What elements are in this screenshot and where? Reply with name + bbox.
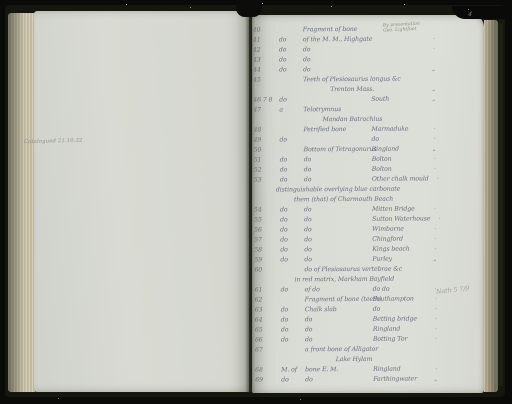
entry-col-a: do (281, 315, 305, 325)
entry-number: 53 (254, 175, 280, 185)
entry-col-b: do (305, 315, 373, 325)
entry-mark: · (426, 154, 436, 164)
entry-number: 40 (253, 25, 279, 35)
entry-number: 69 (255, 375, 281, 385)
register-row: 46 7 8doSouth„ (253, 94, 435, 105)
entry-mark: · (426, 234, 436, 244)
entry-col-a: do (280, 205, 304, 215)
entry-col-b: Fragment of bone (teeth) (305, 295, 373, 305)
entry-col-b: do (304, 175, 372, 185)
entry-col-b: Fragment of bone (303, 25, 371, 35)
entry-col-c: Marmaduke (371, 124, 425, 134)
entry-mark: · (427, 294, 437, 304)
entry-col-b: do (303, 65, 371, 75)
entry-mark: · (426, 134, 436, 144)
entry-col-c: Bolton (372, 164, 426, 174)
entry-mark: „ (426, 254, 436, 264)
entry-mark: „ (426, 144, 436, 154)
entry-mark: „ (425, 94, 435, 104)
entry-col-c: do do (373, 284, 427, 294)
entry-col-b: of the M. M., Highgate (303, 35, 371, 45)
entry-col-b: do (304, 155, 372, 165)
entry-number: 41 (253, 35, 279, 45)
entry-mark: · (427, 334, 437, 344)
book-cover-edge (498, 24, 503, 386)
entry-col-a: do (281, 335, 305, 345)
entry-col-a: do (279, 55, 303, 65)
entry-col-a: do (280, 215, 304, 225)
entry-number: 48 (253, 125, 279, 135)
left-blank-page (34, 11, 249, 392)
entry-col-a: do (280, 175, 304, 185)
entry-col-b: do (304, 165, 372, 175)
entry-col-a: do (280, 135, 304, 145)
entry-number: 58 (254, 245, 280, 255)
register-photograph: Catalogued 21.10.32 40Fragment of bone41… (0, 0, 512, 404)
entry-col-b: bone E. M. (305, 365, 373, 375)
entry-mark: · (427, 314, 437, 324)
entry-col-b: a front bone of Alligator (305, 345, 373, 355)
entry-col-c: Ringland (372, 144, 426, 154)
entry-mark: · (427, 364, 437, 374)
entry-col-a: do (280, 155, 304, 165)
entry-number: 55 (254, 215, 280, 225)
entry-col-a: do (281, 305, 305, 315)
page-number-pencil: 4 (468, 12, 473, 19)
entry-mark: · (426, 224, 436, 234)
entry-col-a: do (281, 375, 305, 385)
entry-col-b: do (304, 235, 372, 245)
register-row: 69dodoFarthingwater„ (255, 374, 437, 385)
entry-col-a: do (280, 235, 304, 245)
entry-col-a: do (281, 285, 305, 295)
entry-col-a: do (280, 255, 304, 265)
entry-number: 63 (255, 305, 281, 315)
entry-mark: · (425, 44, 435, 54)
entry-number: 60 (254, 265, 280, 275)
entry-col-b: Chalk slab (305, 305, 373, 315)
gutter-top-shadow (236, 0, 262, 17)
entry-col-c: Ringland (373, 324, 427, 334)
entry-col-c: do (373, 304, 427, 314)
entry-col-c: Chingford (372, 234, 426, 244)
entry-col-b: do (303, 45, 371, 55)
entry-col-c: Kings beach (372, 244, 426, 254)
entry-col-c: Betting bridge (373, 314, 427, 324)
entry-mark: · (425, 124, 435, 134)
entry-number: 68 (255, 365, 281, 375)
entry-number: 54 (254, 205, 280, 215)
entry-col-b: Telotrymnus (303, 105, 371, 115)
entry-number: 43 (253, 55, 279, 65)
entry-col-c: do (372, 134, 426, 144)
left-page-edges (8, 13, 35, 392)
entry-mark: · (426, 204, 436, 214)
entry-col-b: do (305, 335, 373, 345)
entry-col-a: a (279, 105, 303, 115)
entry-col-b: Teeth of Plesiosaurus longus &c (303, 75, 371, 85)
entry-col-c: Bolton (372, 154, 426, 164)
entry-col-c: Other chalk mould (372, 174, 429, 184)
entry-number: 66 (255, 335, 281, 345)
entry-col-a: do (279, 35, 303, 45)
entry-number: 62 (255, 295, 281, 305)
entry-col-c: South (371, 94, 425, 104)
entry-col-c: Mitten Bridge (372, 204, 426, 214)
right-page-edges (484, 20, 498, 392)
entry-col-c: Ringland (373, 364, 427, 374)
entry-number: 64 (255, 315, 281, 325)
entry-col-b: do (303, 55, 371, 65)
entry-col-c: Southampton (373, 294, 427, 304)
entry-col-b: do of Plesiosaurus vertebrae &c (304, 265, 372, 275)
entry-col-b: Petrified bone (303, 125, 371, 135)
entry-col-b: do (305, 325, 373, 335)
entry-col-a: M. of (281, 365, 305, 375)
entry-number: 44 (253, 65, 279, 75)
entry-number: 46 7 8 (253, 95, 279, 105)
entry-col-c: Sutton Waterhouse (372, 214, 430, 224)
dust-specks (0, 0, 1, 1)
entry-number: 42 (253, 45, 279, 55)
entry-col-b: of do (305, 285, 373, 295)
entry-col-c: Wimborne (372, 224, 426, 234)
entry-mark: „ (425, 84, 435, 94)
entry-col-c: Purley (372, 254, 426, 264)
entry-col-c: Botting Tor (373, 334, 427, 344)
entry-col-b: do (304, 245, 372, 255)
entry-number: 57 (254, 235, 280, 245)
entry-mark: · (430, 214, 440, 224)
cover-corner (452, 6, 508, 19)
entry-number: 50 (254, 145, 280, 155)
entry-mark: · (427, 304, 437, 314)
entry-number: 51 (254, 155, 280, 165)
entry-mark: · (426, 164, 436, 174)
entry-mark: „ (427, 374, 437, 384)
entry-col-a: do (280, 165, 304, 175)
entry-number: 65 (255, 325, 281, 335)
entry-number: 45 (253, 75, 279, 85)
entry-col-b: do (304, 205, 372, 215)
entry-number: 52 (254, 165, 280, 175)
register-row: 66dodoBotting Tor· (255, 334, 437, 345)
entry-number: 59 (254, 255, 280, 265)
entry-col-a: do (279, 65, 303, 75)
register-entries: 40Fragment of bone41doof the M. M., High… (253, 24, 438, 385)
entry-col-b: do (304, 255, 372, 265)
entry-number: 47 (253, 105, 279, 115)
entry-col-a: do (279, 95, 303, 105)
entry-mark: · (426, 244, 436, 254)
entry-col-b: Bottom of Tetragonurus (304, 145, 372, 155)
entry-number: 49 (254, 135, 280, 145)
register-row: 59dodoPurley„ (254, 254, 436, 265)
entry-number: 67 (255, 345, 281, 355)
entry-col-a: do (281, 325, 305, 335)
entry-col-a: do (279, 45, 303, 55)
entry-number: 56 (254, 225, 280, 235)
entry-mark: „ (425, 64, 435, 74)
entry-mark: · (429, 174, 439, 184)
entry-number: 61 (255, 285, 281, 295)
entry-col-c: Farthingwater (373, 374, 427, 384)
entry-mark: · (425, 34, 435, 44)
entry-col-a: do (280, 245, 304, 255)
entry-mark: · (427, 324, 437, 334)
entry-col-b: do (305, 375, 373, 385)
entry-col-b: do (304, 215, 372, 225)
entry-col-a: do (280, 225, 304, 235)
entry-col-b: do (304, 225, 372, 235)
